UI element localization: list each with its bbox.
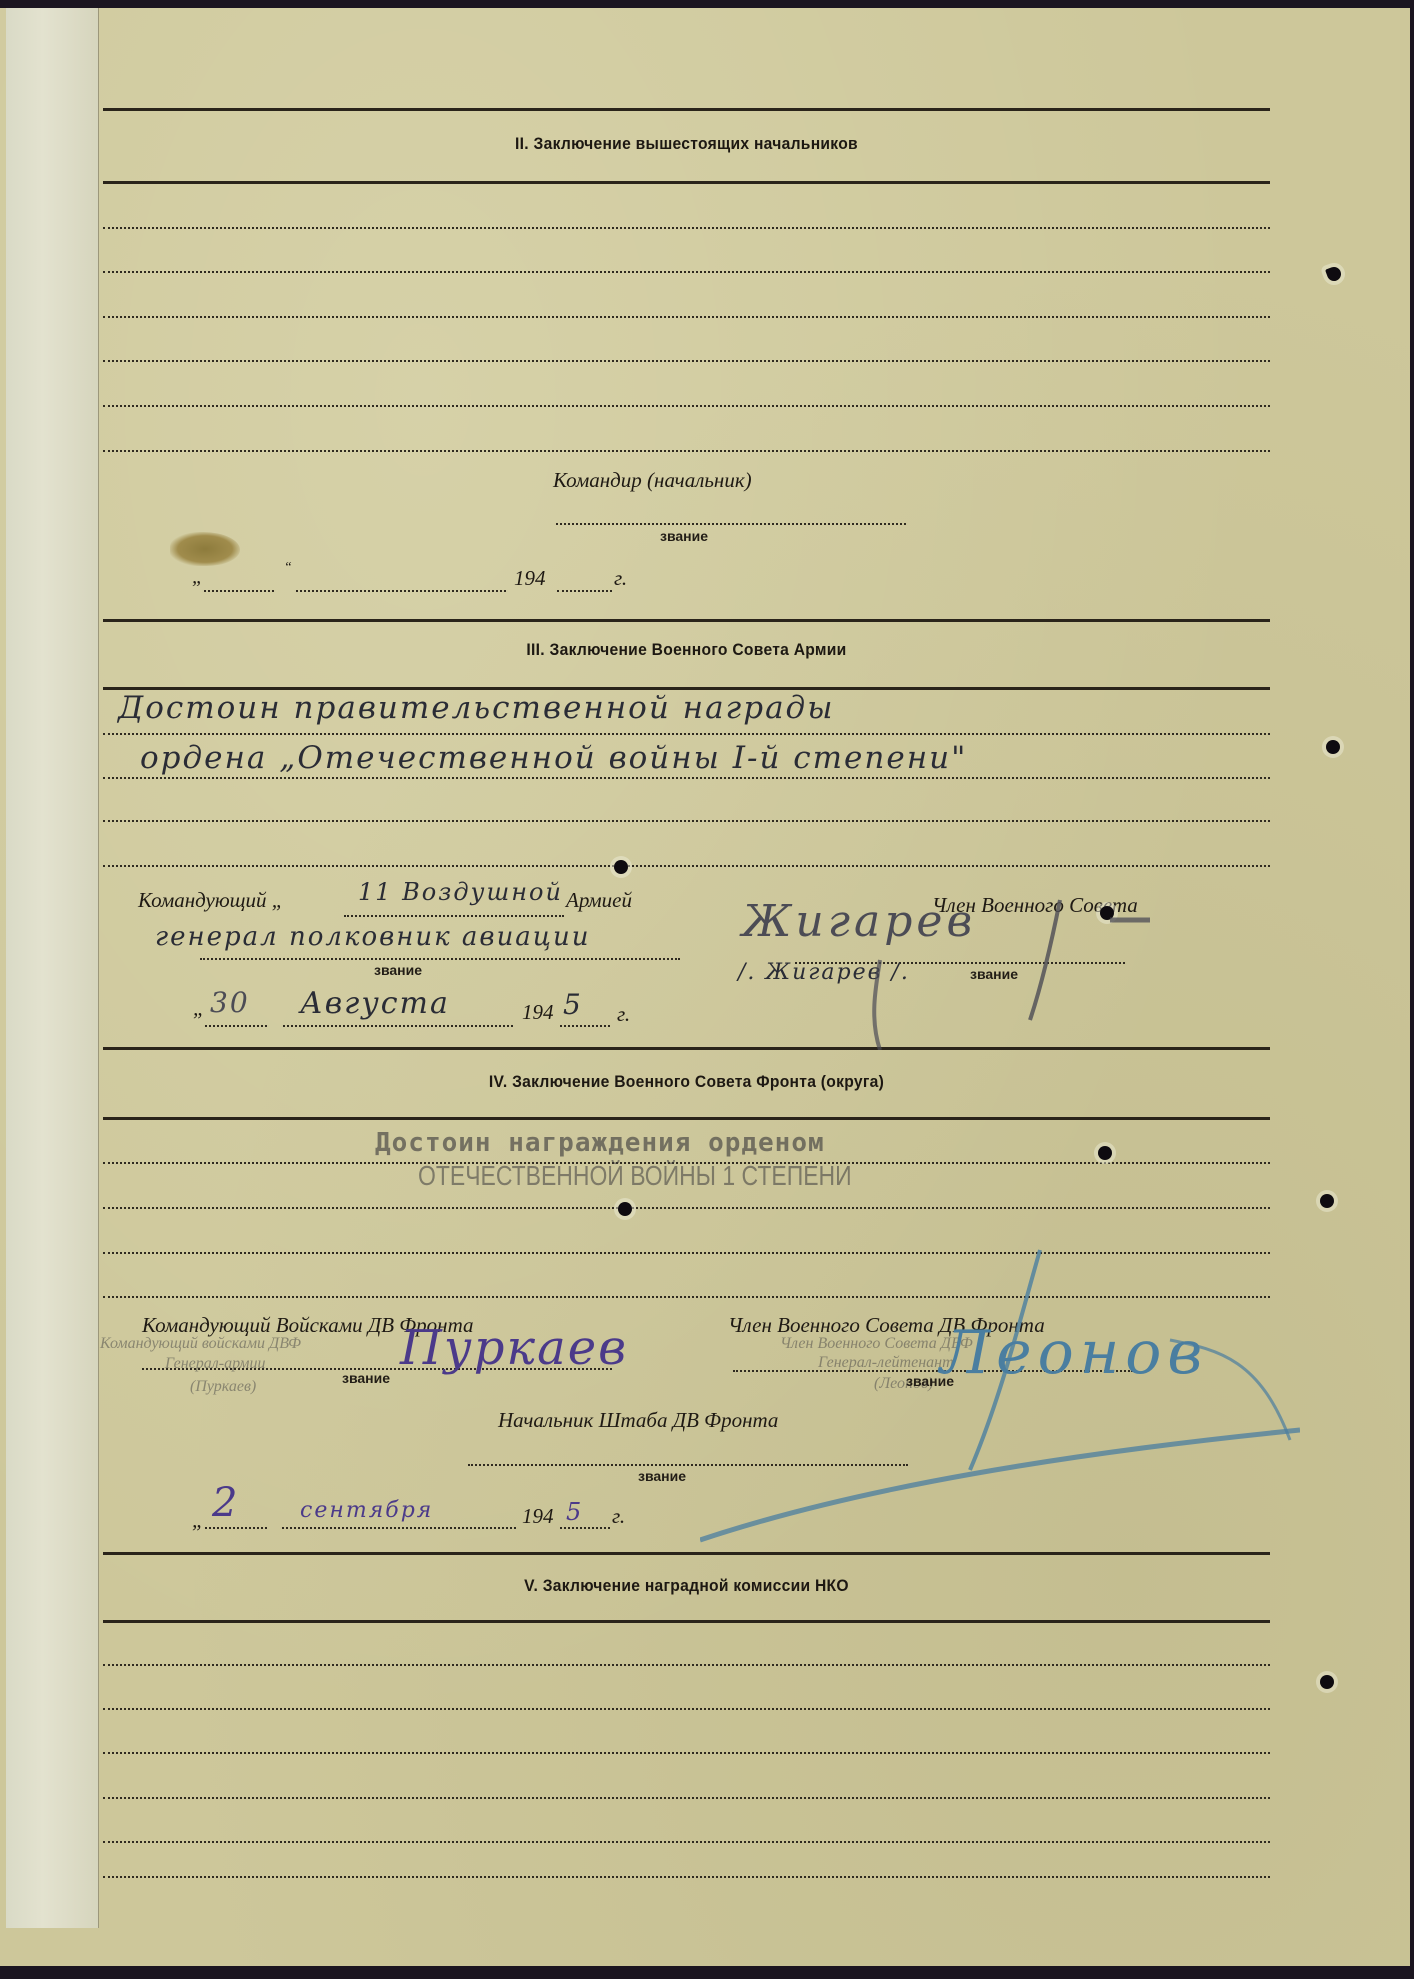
paper-stain — [170, 532, 240, 566]
divider-rule — [103, 108, 1270, 111]
blank-line — [103, 271, 1270, 273]
commander-name-stamp: (Пуркаев) — [190, 1378, 256, 1396]
commander-label: Командир (начальник) — [553, 468, 752, 493]
army-name-field[interactable] — [344, 915, 564, 917]
army-commander-label: Командующий „ — [138, 888, 283, 913]
year-digit-handwritten: 5 — [566, 1498, 583, 1526]
date-month-field[interactable] — [282, 1527, 516, 1529]
rank-signature-line[interactable] — [556, 523, 906, 525]
date-day-field[interactable] — [205, 1527, 267, 1529]
conclusion-stamp-line-1: Достоин награждения орденом — [375, 1128, 825, 1158]
blank-line — [103, 1797, 1270, 1799]
section-4-heading: IV. Заключение Военного Совета Фронта (о… — [150, 1072, 1224, 1092]
rank-label: звание — [660, 528, 708, 544]
date-month-handwritten: Августа — [300, 986, 450, 1021]
divider-rule — [103, 619, 1270, 622]
year-prefix: 194 — [522, 1000, 554, 1025]
punch-hole — [1320, 1675, 1334, 1689]
rank-label: звание — [638, 1468, 686, 1484]
date-close-quote: “ — [284, 560, 292, 576]
blank-line — [103, 865, 1270, 867]
blank-line — [103, 1664, 1270, 1666]
commander-signature: Пуркаев — [400, 1320, 628, 1376]
blank-line — [103, 360, 1270, 362]
blank-line — [103, 450, 1270, 452]
chief-of-staff-signature-line[interactable] — [468, 1464, 908, 1466]
punch-hole — [1325, 265, 1343, 283]
rank-label: звание — [342, 1370, 390, 1386]
signature-stroke-icon — [700, 1240, 1300, 1560]
blank-line — [103, 405, 1270, 407]
punch-hole — [1326, 740, 1340, 754]
year-digit-handwritten: 5 — [563, 988, 583, 1021]
year-prefix: 194 — [514, 566, 546, 591]
date-open-quote: „ — [193, 996, 205, 1021]
punch-hole — [1320, 1194, 1334, 1208]
year-suffix: г. — [612, 1504, 625, 1529]
section-5-heading: V. Заключение наградной комиссии НКО — [150, 1576, 1224, 1596]
handwritten-conclusion-line-1: Достоин правительственной награды — [118, 690, 834, 726]
punch-hole — [614, 860, 628, 874]
section-2-heading: II. Заключение вышестоящих начальников — [150, 134, 1224, 154]
date-day-handwritten: 30 — [210, 986, 250, 1019]
year-suffix: г. — [614, 566, 627, 591]
date-open-quote: „ — [192, 1508, 204, 1533]
year-prefix: 194 — [522, 1504, 554, 1529]
blank-line — [103, 1207, 1270, 1209]
date-day-handwritten: 2 — [212, 1480, 239, 1526]
blank-line — [103, 1876, 1270, 1878]
chief-of-staff-label: Начальник Штаба ДВ Фронта — [498, 1408, 778, 1433]
divider-rule — [103, 1117, 1270, 1120]
award-form: II. Заключение вышестоящих начальников К… — [0, 0, 1414, 1979]
blank-line — [103, 777, 1270, 779]
year-suffix: г. — [617, 1002, 630, 1027]
blank-line — [103, 1841, 1270, 1843]
punch-hole — [1098, 1146, 1112, 1160]
commander-rank-handwritten: генерал полковник авиации — [155, 922, 590, 952]
date-month-handwritten: сентября — [300, 1498, 433, 1523]
divider-rule — [103, 181, 1270, 184]
blank-line — [103, 820, 1270, 822]
handwritten-conclusion-line-2: ордена „Отечественной войны I-й степени" — [140, 740, 967, 776]
army-label: Армией — [566, 888, 632, 913]
punch-hole — [618, 1202, 632, 1216]
commander-rank-stamp: Генерал-армии — [165, 1355, 265, 1373]
date-open-quote: „ — [192, 566, 203, 589]
rank-label: звание — [374, 962, 422, 978]
pencil-signature-stroke-icon — [730, 880, 1150, 1050]
army-name-handwritten: 11 Воздушной — [358, 878, 563, 906]
section-3-heading: III. Заключение Военного Совета Армии — [150, 640, 1224, 660]
date-day-field[interactable] — [205, 1025, 267, 1027]
blank-line — [103, 1752, 1270, 1754]
blank-line — [103, 733, 1270, 735]
blank-line — [103, 227, 1270, 229]
year-digit-field[interactable] — [560, 1025, 610, 1027]
divider-rule — [103, 1620, 1270, 1623]
divider-rule — [103, 1552, 1270, 1555]
blank-line — [103, 316, 1270, 318]
blank-line — [103, 1708, 1270, 1710]
commander-rank-field[interactable] — [200, 958, 680, 960]
commander-title-stamp: Командующий войсками ДВФ — [100, 1335, 301, 1353]
date-month-field[interactable] — [283, 1025, 513, 1027]
year-digit-field[interactable] — [557, 590, 612, 592]
year-digit-field[interactable] — [560, 1527, 610, 1529]
date-day-field[interactable] — [204, 590, 274, 592]
date-month-field[interactable] — [296, 590, 506, 592]
conclusion-stamp-line-2: ОТЕЧЕСТВЕННОЙ ВОЙНЫ 1 СТЕПЕНИ — [418, 1160, 852, 1192]
